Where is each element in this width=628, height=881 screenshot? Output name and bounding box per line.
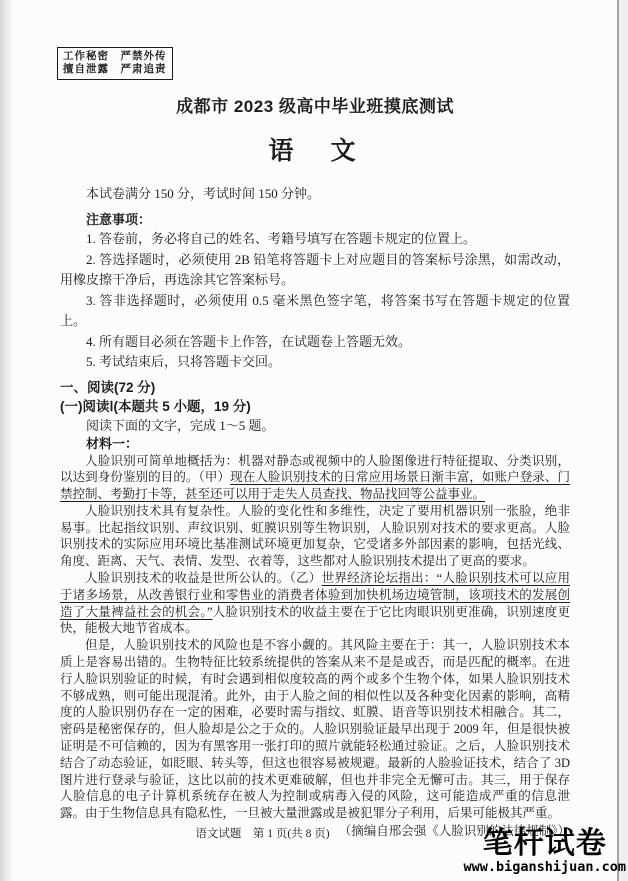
material-text: 人脸识别可简单地概括为：机器对静态或视频中的人脸图像进行特征提取、分类识别，以达… [60, 453, 570, 823]
watermark-url: www.biganshijuan.com [463, 860, 626, 875]
body-text: 人脸识别技术具有复杂性。人脸的变化性和多维性，决定了要用机器识别一张脸，绝非易事… [60, 504, 570, 568]
reading-instruction: 阅读下面的文字，完成 1～5 题。 [60, 417, 570, 436]
exam-info-line: 本试卷满分 150 分，考试时间 150 分钟。 [60, 185, 570, 203]
notes-list: 1. 答卷前，务必将自己的姓名、考籍号填写在答题卡规定的位置上。2. 答选择题时… [60, 229, 570, 373]
material-paragraph: 人脸识别技术具有复杂性。人脸的变化性和多维性，决定了要用机器识别一张脸，绝非易事… [60, 503, 570, 570]
material-paragraph: 人脸识别技术的收益是世所公认的。（乙）世界经济论坛指出：“人脸识别技术可以应用于… [60, 570, 570, 637]
scan-edge-left [0, 0, 13, 881]
watermark-brand: 笔杆试卷 [463, 828, 626, 860]
page-content: 成都市 2023 级高中毕业班摸底测试 语 文 本试卷满分 150 分，考试时间… [60, 0, 570, 840]
page-footer: 语文试题 第 1 页(共 8 页) [150, 827, 375, 842]
watermark: 笔杆试卷 www.biganshijuan.com [463, 828, 626, 875]
body-text: 但是，人脸识别技术的风险也是不容小觑的。其风险主要在于：其一，人脸识别技术本质上… [60, 638, 570, 820]
material-paragraph: 人脸识别可简单地概括为：机器对静态或视频中的人脸图像进行特征提取、分类识别，以达… [60, 453, 570, 503]
notice-item: 2. 答选择题时，必须使用 2B 铅笔将答题卡上对应题目的答案标号涂黑，如需改动… [60, 250, 570, 291]
notes-title: 注意事项： [60, 210, 570, 229]
exam-paper-page: 工作秘密 严禁外传 擅自泄露 严肃追责 成都市 2023 级高中毕业班摸底测试 … [0, 0, 628, 881]
notice-item: 4. 所有题目必须在答题卡上作答，在试题卷上答题无效。 [60, 332, 570, 353]
subsection-heading: (一)阅读Ⅰ(本题共 5 小题，19 分) [60, 397, 570, 417]
notice-item: 3. 答非选择题时，必须使用 0.5 毫米黑色签字笔，将答案书写在答题卡规定的位… [60, 291, 570, 332]
body-text: 人脸识别技术的收益是世所公认的。（乙） [85, 571, 322, 585]
notice-item: 1. 答卷前，务必将自己的姓名、考籍号填写在答题卡规定的位置上。 [60, 229, 570, 250]
material-paragraph: 但是，人脸识别技术的风险也是不容小觑的。其风险主要在于：其一，人脸识别技术本质上… [60, 637, 570, 822]
material-label: 材料一： [60, 435, 570, 453]
scan-edge-right-outer [619, 0, 628, 881]
exam-title: 成都市 2023 级高中毕业班摸底测试 [60, 96, 570, 117]
exam-subject: 语 文 [60, 136, 570, 166]
notice-item: 5. 考试结束后，只将答题卡交回。 [60, 352, 570, 373]
section-heading: 一、阅读(72 分) [60, 378, 570, 398]
